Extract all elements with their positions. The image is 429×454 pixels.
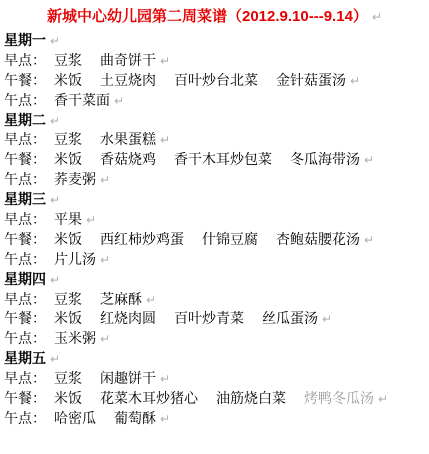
paragraph-mark-icon: ↵ (50, 193, 60, 207)
paragraph-mark-icon: ↵ (50, 273, 60, 287)
meal-item: 香干木耳炒包菜 (174, 151, 272, 167)
day-heading-monday: 星期一↵ (4, 31, 425, 51)
meal-item: 香干菜面 (54, 92, 110, 108)
paragraph-mark-icon: ↵ (378, 392, 388, 406)
meal-item: 哈密瓜 (54, 410, 96, 426)
day-heading-wednesday: 星期三↵ (4, 190, 425, 210)
meal-row-afternoon-snack: 午点：片儿汤↵ (4, 250, 425, 270)
meal-row-morning-snack: 早点：平果↵ (4, 210, 425, 230)
meal-row-morning-snack: 早点：豆浆曲奇饼干↵ (4, 51, 425, 71)
day-heading-tuesday: 星期二↵ (4, 111, 425, 131)
day-heading-friday: 星期五↵ (4, 349, 425, 369)
meal-item: 闲趣饼干 (100, 370, 156, 386)
meal-item: 百叶炒台北菜 (174, 72, 258, 88)
paragraph-mark-icon: ↵ (372, 10, 382, 24)
page-title: 新城中心幼儿园第二周菜谱（2012.9.10---9.14）↵ (4, 5, 425, 29)
meal-label: 午点： (4, 329, 54, 349)
meal-item-faded: 烤鸭冬瓜汤 (304, 390, 374, 406)
meal-label: 午餐： (4, 309, 54, 329)
paragraph-mark-icon: ↵ (160, 372, 170, 386)
meal-item: 百叶炒青菜 (174, 310, 244, 326)
meal-row-afternoon-snack: 午点：玉米粥↵ (4, 329, 425, 349)
meal-label: 午点： (4, 170, 54, 190)
meal-row-lunch: 午餐：米饭红烧肉圆百叶炒青菜丝瓜蛋汤↵ (4, 309, 425, 329)
meal-item: 豆浆 (54, 291, 82, 307)
meal-item: 豆浆 (54, 52, 82, 68)
meal-item: 水果蛋糕 (100, 131, 156, 147)
paragraph-mark-icon: ↵ (100, 332, 110, 346)
meal-item: 金针菇蛋汤 (276, 72, 346, 88)
day-name: 星期一 (4, 32, 46, 48)
paragraph-mark-icon: ↵ (50, 114, 60, 128)
meal-row-afternoon-snack: 午点：香干菜面↵ (4, 91, 425, 111)
meal-item: 丝瓜蛋汤 (262, 310, 318, 326)
meal-item: 玉米粥 (54, 330, 96, 346)
meal-row-morning-snack: 早点：豆浆芝麻酥↵ (4, 290, 425, 310)
paragraph-mark-icon: ↵ (100, 173, 110, 187)
day-name: 星期三 (4, 191, 46, 207)
meal-item: 米饭 (54, 310, 82, 326)
paragraph-mark-icon: ↵ (50, 352, 60, 366)
paragraph-mark-icon: ↵ (114, 94, 124, 108)
meal-row-morning-snack: 早点：豆浆水果蛋糕↵ (4, 130, 425, 150)
meal-label: 午点： (4, 91, 54, 111)
meal-row-lunch: 午餐：米饭土豆烧肉百叶炒台北菜金针菇蛋汤↵ (4, 71, 425, 91)
meal-item: 西红柿炒鸡蛋 (100, 231, 184, 247)
meal-item: 香菇烧鸡 (100, 151, 156, 167)
meal-item: 红烧肉圆 (100, 310, 156, 326)
day-name: 星期二 (4, 112, 46, 128)
meal-row-lunch: 午餐：米饭花菜木耳炒猪心油筋烧白菜烤鸭冬瓜汤↵ (4, 389, 425, 409)
meal-label: 午点： (4, 250, 54, 270)
paragraph-mark-icon: ↵ (50, 34, 60, 48)
paragraph-mark-icon: ↵ (364, 233, 374, 247)
meal-row-afternoon-snack: 午点：荞麦粥↵ (4, 170, 425, 190)
paragraph-mark-icon: ↵ (146, 293, 156, 307)
meal-item: 片儿汤 (54, 251, 96, 267)
meal-label: 早点： (4, 130, 54, 150)
paragraph-mark-icon: ↵ (364, 153, 374, 167)
meal-item: 豆浆 (54, 370, 82, 386)
meal-item: 什锦豆腐 (202, 231, 258, 247)
meal-item: 花菜木耳炒猪心 (100, 390, 198, 406)
meal-label: 午点： (4, 409, 54, 429)
menu-document: 新城中心幼儿园第二周菜谱（2012.9.10---9.14）↵ 星期一↵ 早点：… (0, 0, 429, 429)
paragraph-mark-icon: ↵ (160, 133, 170, 147)
meal-item: 杏鲍菇腰花汤 (276, 231, 360, 247)
meal-item: 米饭 (54, 390, 82, 406)
paragraph-mark-icon: ↵ (86, 213, 96, 227)
meal-label: 午餐： (4, 389, 54, 409)
paragraph-mark-icon: ↵ (350, 74, 360, 88)
paragraph-mark-icon: ↵ (160, 412, 170, 426)
meal-label: 午餐： (4, 150, 54, 170)
meal-item: 葡萄酥 (114, 410, 156, 426)
meal-item: 米饭 (54, 151, 82, 167)
paragraph-mark-icon: ↵ (160, 54, 170, 68)
meal-item: 米饭 (54, 231, 82, 247)
meal-label: 午餐： (4, 71, 54, 91)
day-name: 星期四 (4, 271, 46, 287)
meal-row-afternoon-snack: 午点：哈密瓜葡萄酥↵ (4, 409, 425, 429)
meal-item: 芝麻酥 (100, 291, 142, 307)
meal-label: 早点： (4, 51, 54, 71)
page-title-text: 新城中心幼儿园第二周菜谱（2012.9.10---9.14） (47, 8, 368, 25)
meal-item: 米饭 (54, 72, 82, 88)
day-name: 星期五 (4, 350, 46, 366)
meal-label: 早点： (4, 290, 54, 310)
meal-item: 平果 (54, 211, 82, 227)
meal-label: 午餐： (4, 230, 54, 250)
meal-row-lunch: 午餐：米饭香菇烧鸡香干木耳炒包菜冬瓜海带汤↵ (4, 150, 425, 170)
day-heading-thursday: 星期四↵ (4, 270, 425, 290)
meal-item: 荞麦粥 (54, 171, 96, 187)
meal-item: 豆浆 (54, 131, 82, 147)
meal-item: 曲奇饼干 (100, 52, 156, 68)
paragraph-mark-icon: ↵ (100, 253, 110, 267)
meal-label: 早点： (4, 210, 54, 230)
meal-item: 土豆烧肉 (100, 72, 156, 88)
paragraph-mark-icon: ↵ (322, 312, 332, 326)
meal-item: 油筋烧白菜 (216, 390, 286, 406)
meal-label: 早点： (4, 369, 54, 389)
meal-item: 冬瓜海带汤 (290, 151, 360, 167)
meal-row-lunch: 午餐：米饭西红柿炒鸡蛋什锦豆腐杏鲍菇腰花汤↵ (4, 230, 425, 250)
meal-row-morning-snack: 早点：豆浆闲趣饼干↵ (4, 369, 425, 389)
